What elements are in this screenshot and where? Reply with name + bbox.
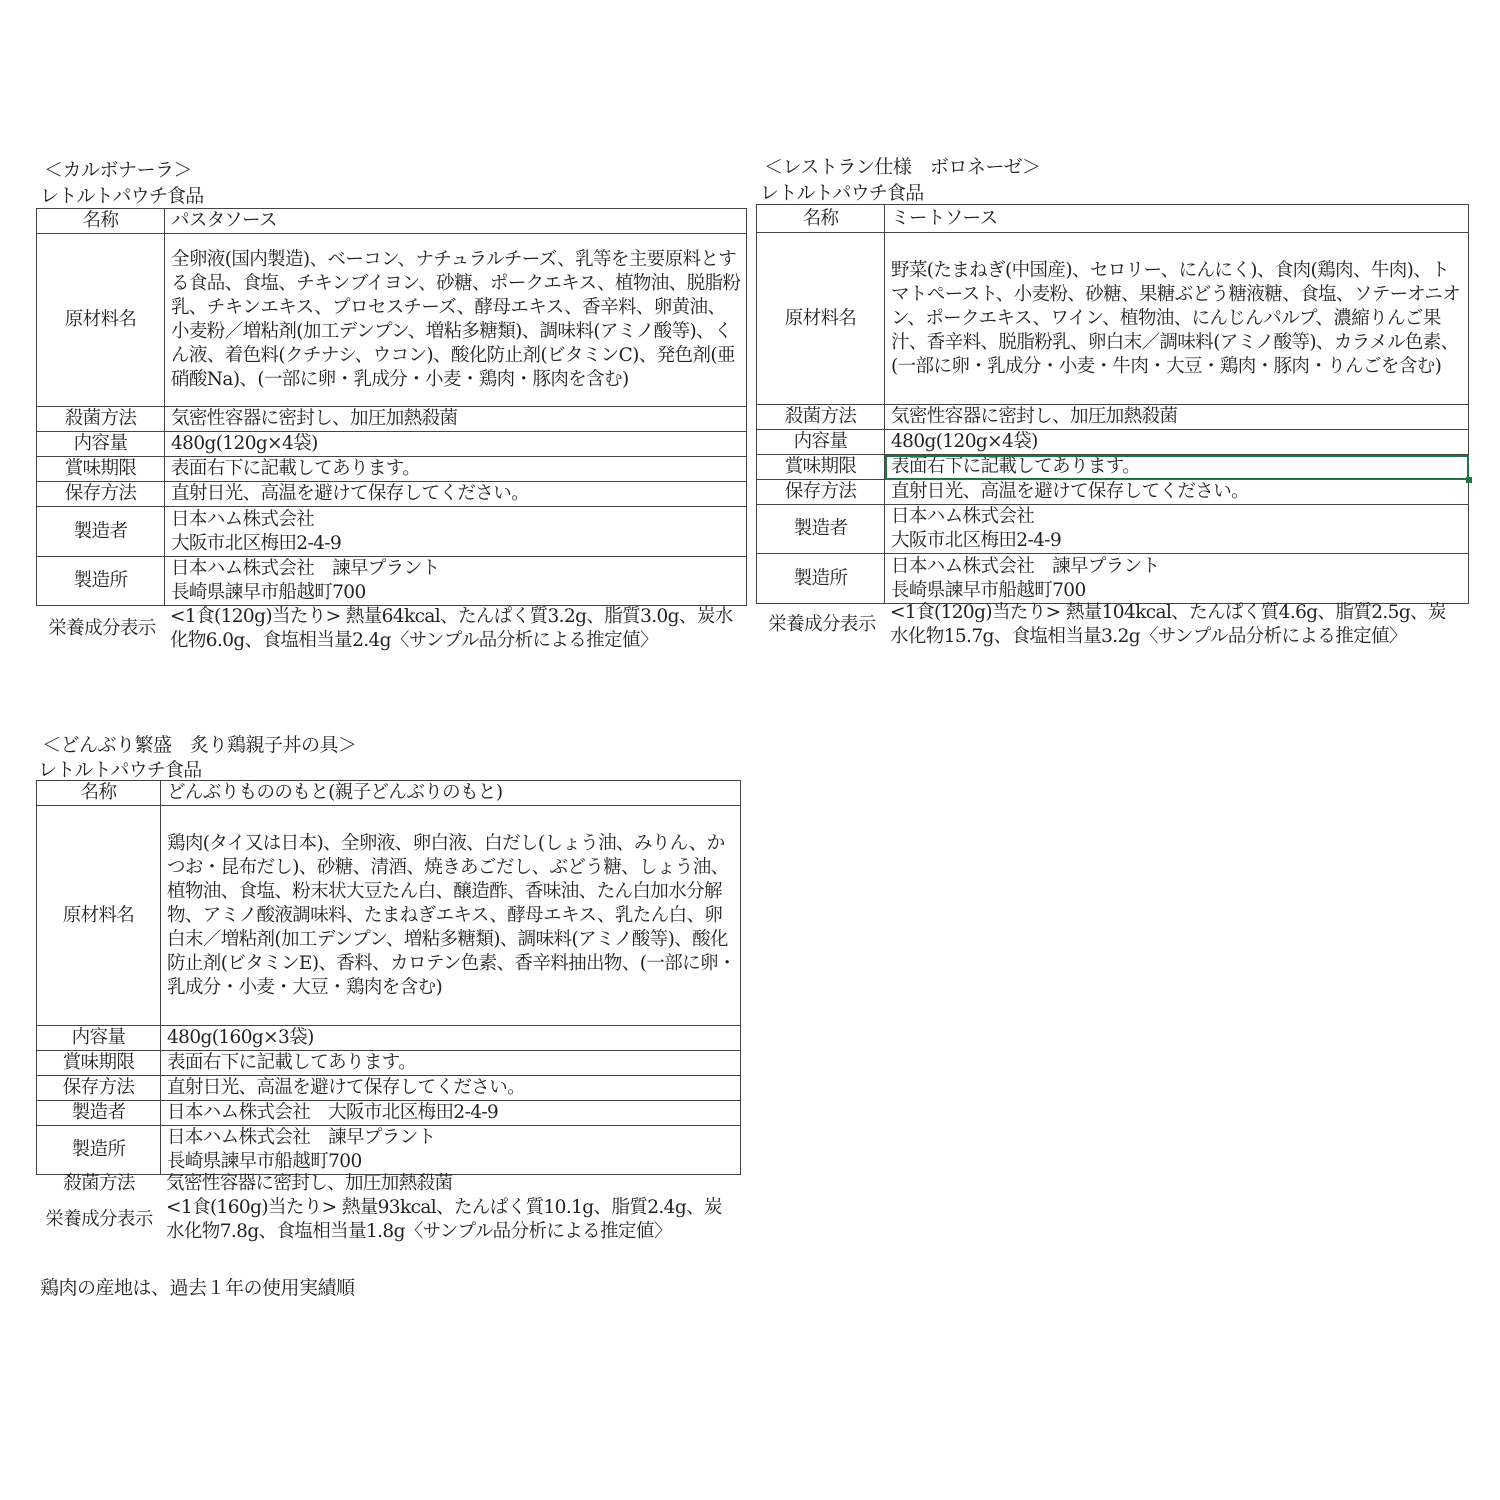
food-label-table-carbonara: 名称 パスタソース 原材料名 全卵液(国内製造)、ベーコン、ナチュラルチーズ、乳… — [36, 208, 747, 606]
row-value: パスタソース — [165, 209, 747, 234]
row-value: 480g(120g×4袋) — [885, 430, 1469, 455]
row-label: 内容量 — [37, 1026, 161, 1051]
row-label: 賞味期限 — [757, 455, 885, 480]
row-label: 名称 — [757, 205, 885, 233]
table-row: 名称 パスタソース — [37, 209, 747, 234]
table-row: 保存方法 直射日光、高温を避けて保存してください。 — [37, 482, 747, 507]
nutrition-value: <1食(120g)当たり> 熱量104kcal、たんぱく質4.6g、脂質2.5g… — [890, 601, 1460, 649]
nutrition-label: 栄養成分表示 — [764, 613, 880, 637]
sterilization-row-oyakodon: 殺菌方法 気密性容器に密封し、加圧加熱殺菌 — [36, 1172, 741, 1196]
row-label: 製造所 — [757, 554, 885, 604]
table-row: 内容量 480g(160g×3袋) — [37, 1026, 741, 1051]
sterilization-value: 気密性容器に密封し、加圧加熱殺菌 — [166, 1172, 736, 1196]
nutrition-label: 栄養成分表示 — [44, 617, 160, 641]
row-label: 内容量 — [757, 430, 885, 455]
row-value: 気密性容器に密封し、加圧加熱殺菌 — [885, 405, 1469, 430]
plant-address: 長崎県諫早市船越町700 — [167, 1150, 734, 1174]
nutrition-row-bolognese: 栄養成分表示 <1食(120g)当たり> 熱量104kcal、たんぱく質4.6g… — [756, 601, 1469, 677]
nutrition-row-oyakodon: 栄養成分表示 <1食(160g)当たり> 熱量93kcal、たんぱく質10.1g… — [36, 1196, 741, 1270]
manufacturer-name: 日本ハム株式会社 — [171, 508, 740, 532]
table-row: 製造者 日本ハム株式会社 大阪市北区梅田2-4-9 — [37, 507, 747, 557]
row-label: 賞味期限 — [37, 457, 165, 482]
row-value: 表面右下に記載してあります。 — [161, 1051, 741, 1076]
table-row: 保存方法 直射日光、高温を避けて保存してください。 — [37, 1076, 741, 1101]
table-row: 名称 ミートソース — [757, 205, 1469, 233]
product-title-bolognese: ＜レストラン仕様 ボロネーゼ＞ — [764, 155, 1041, 179]
row-value: 日本ハム株式会社 大阪市北区梅田2-4-9 — [161, 1101, 741, 1126]
table-row: 賞味期限 表面右下に記載してあります。 — [37, 457, 747, 482]
plant-address: 長崎県諫早市船越町700 — [891, 579, 1462, 603]
product-title-oyakodon: ＜どんぶり繁盛 炙り鶏親子丼の具＞ — [42, 733, 357, 757]
nutrition-value: <1食(120g)当たり> 熱量64kcal、たんぱく質3.2g、脂質3.0g、… — [170, 605, 740, 653]
table-row: 製造者 日本ハム株式会社 大阪市北区梅田2-4-9 — [757, 505, 1469, 554]
row-label: 原材料名 — [37, 806, 161, 1026]
manufacturer-address: 大阪市北区梅田2-4-9 — [171, 532, 740, 556]
row-value: 480g(160g×3袋) — [161, 1026, 741, 1051]
table-row: 殺菌方法 気密性容器に密封し、加圧加熱殺菌 — [757, 405, 1469, 430]
row-value: 直射日光、高温を避けて保存してください。 — [165, 482, 747, 507]
row-value: 表面右下に記載してあります。 — [165, 457, 747, 482]
table-row: 製造所 日本ハム株式会社 諫早プラント 長崎県諫早市船越町700 — [37, 1126, 741, 1175]
table-row: 内容量 480g(120g×4袋) — [37, 432, 747, 457]
table-row: 保存方法 直射日光、高温を避けて保存してください。 — [757, 480, 1469, 505]
row-label: 保存方法 — [37, 1076, 161, 1101]
selected-cell-best-before[interactable]: 表面右下に記載してあります。 — [885, 455, 1469, 480]
row-label: 殺菌方法 — [37, 407, 165, 432]
row-label: 原材料名 — [757, 233, 885, 405]
table-row: 製造所 日本ハム株式会社 諫早プラント 長崎県諫早市船越町700 — [37, 557, 747, 606]
table-row: 原材料名 野菜(たまねぎ(中国産)、セロリー、にんにく)、食肉(鶏肉、牛肉)、ト… — [757, 233, 1469, 405]
food-label-table-oyakodon: 名称 どんぶりもののもと(親子どんぶりのもと) 原材料名 鶏肉(タイ又は日本)、… — [36, 780, 741, 1175]
ingredients-value: 野菜(たまねぎ(中国産)、セロリー、にんにく)、食肉(鶏肉、牛肉)、トマトペース… — [885, 233, 1469, 405]
plant-name: 日本ハム株式会社 諫早プラント — [167, 1126, 734, 1150]
row-value: 気密性容器に密封し、加圧加熱殺菌 — [165, 407, 747, 432]
product-subtitle-carbonara: レトルトパウチ食品 — [40, 184, 203, 208]
row-label: 製造者 — [37, 1101, 161, 1126]
plant-name: 日本ハム株式会社 諫早プラント — [171, 557, 740, 581]
plant-address: 長崎県諫早市船越町700 — [171, 581, 740, 605]
row-label: 製造所 — [37, 557, 165, 606]
table-row: 賞味期限 表面右下に記載してあります。 — [757, 455, 1469, 480]
sterilization-label: 殺菌方法 — [40, 1172, 158, 1196]
row-label: 名称 — [37, 781, 161, 806]
product-title-carbonara: ＜カルボナーラ＞ — [44, 158, 192, 182]
product-subtitle-bolognese: レトルトパウチ食品 — [760, 181, 923, 205]
table-row: 殺菌方法 気密性容器に密封し、加圧加熱殺菌 — [37, 407, 747, 432]
row-label: 殺菌方法 — [757, 405, 885, 430]
table-row: 賞味期限 表面右下に記載してあります。 — [37, 1051, 741, 1076]
row-label: 保存方法 — [37, 482, 165, 507]
row-label: 保存方法 — [757, 480, 885, 505]
row-value: どんぶりもののもと(親子どんぶりのもと) — [161, 781, 741, 806]
row-value: 表面右下に記載してあります。 — [891, 456, 1140, 477]
row-label: 原材料名 — [37, 234, 165, 407]
table-row: 名称 どんぶりもののもと(親子どんぶりのもと) — [37, 781, 741, 806]
table-row: 製造者 日本ハム株式会社 大阪市北区梅田2-4-9 — [37, 1101, 741, 1126]
table-row: 原材料名 鶏肉(タイ又は日本)、全卵液、卵白液、白だし(しょう油、みりん、かつお… — [37, 806, 741, 1026]
row-label: 製造者 — [757, 505, 885, 554]
product-subtitle-oyakodon: レトルトパウチ食品 — [38, 758, 201, 782]
fill-handle[interactable] — [1466, 477, 1472, 483]
row-label: 賞味期限 — [37, 1051, 161, 1076]
row-value: 直射日光、高温を避けて保存してください。 — [885, 480, 1469, 505]
row-value: 直射日光、高温を避けて保存してください。 — [161, 1076, 741, 1101]
row-value: ミートソース — [885, 205, 1469, 233]
row-label: 内容量 — [37, 432, 165, 457]
manufacturer-name: 日本ハム株式会社 — [891, 505, 1462, 529]
footnote-chicken-origin: 鶏肉の産地は、過去１年の使用実績順 — [40, 1276, 355, 1300]
table-row: 内容量 480g(120g×4袋) — [757, 430, 1469, 455]
nutrition-row-carbonara: 栄養成分表示 <1食(120g)当たり> 熱量64kcal、たんぱく質3.2g、… — [36, 605, 747, 681]
manufacturer-address: 大阪市北区梅田2-4-9 — [891, 529, 1462, 553]
row-label: 製造所 — [37, 1126, 161, 1175]
row-value: 480g(120g×4袋) — [165, 432, 747, 457]
table-row: 製造所 日本ハム株式会社 諫早プラント 長崎県諫早市船越町700 — [757, 554, 1469, 604]
food-label-table-bolognese: 名称 ミートソース 原材料名 野菜(たまねぎ(中国産)、セロリー、にんにく)、食… — [756, 204, 1469, 604]
row-label: 名称 — [37, 209, 165, 234]
ingredients-value: 鶏肉(タイ又は日本)、全卵液、卵白液、白だし(しょう油、みりん、かつお・昆布だし… — [161, 806, 741, 1026]
nutrition-value: <1食(160g)当たり> 熱量93kcal、たんぱく質10.1g、脂質2.4g… — [166, 1196, 736, 1244]
ingredients-value: 全卵液(国内製造)、ベーコン、ナチュラルチーズ、乳等を主要原料とする食品、食塩、… — [165, 234, 747, 407]
plant-name: 日本ハム株式会社 諫早プラント — [891, 555, 1462, 579]
nutrition-label: 栄養成分表示 — [40, 1208, 158, 1232]
table-row: 原材料名 全卵液(国内製造)、ベーコン、ナチュラルチーズ、乳等を主要原料とする食… — [37, 234, 747, 407]
row-label: 製造者 — [37, 507, 165, 557]
